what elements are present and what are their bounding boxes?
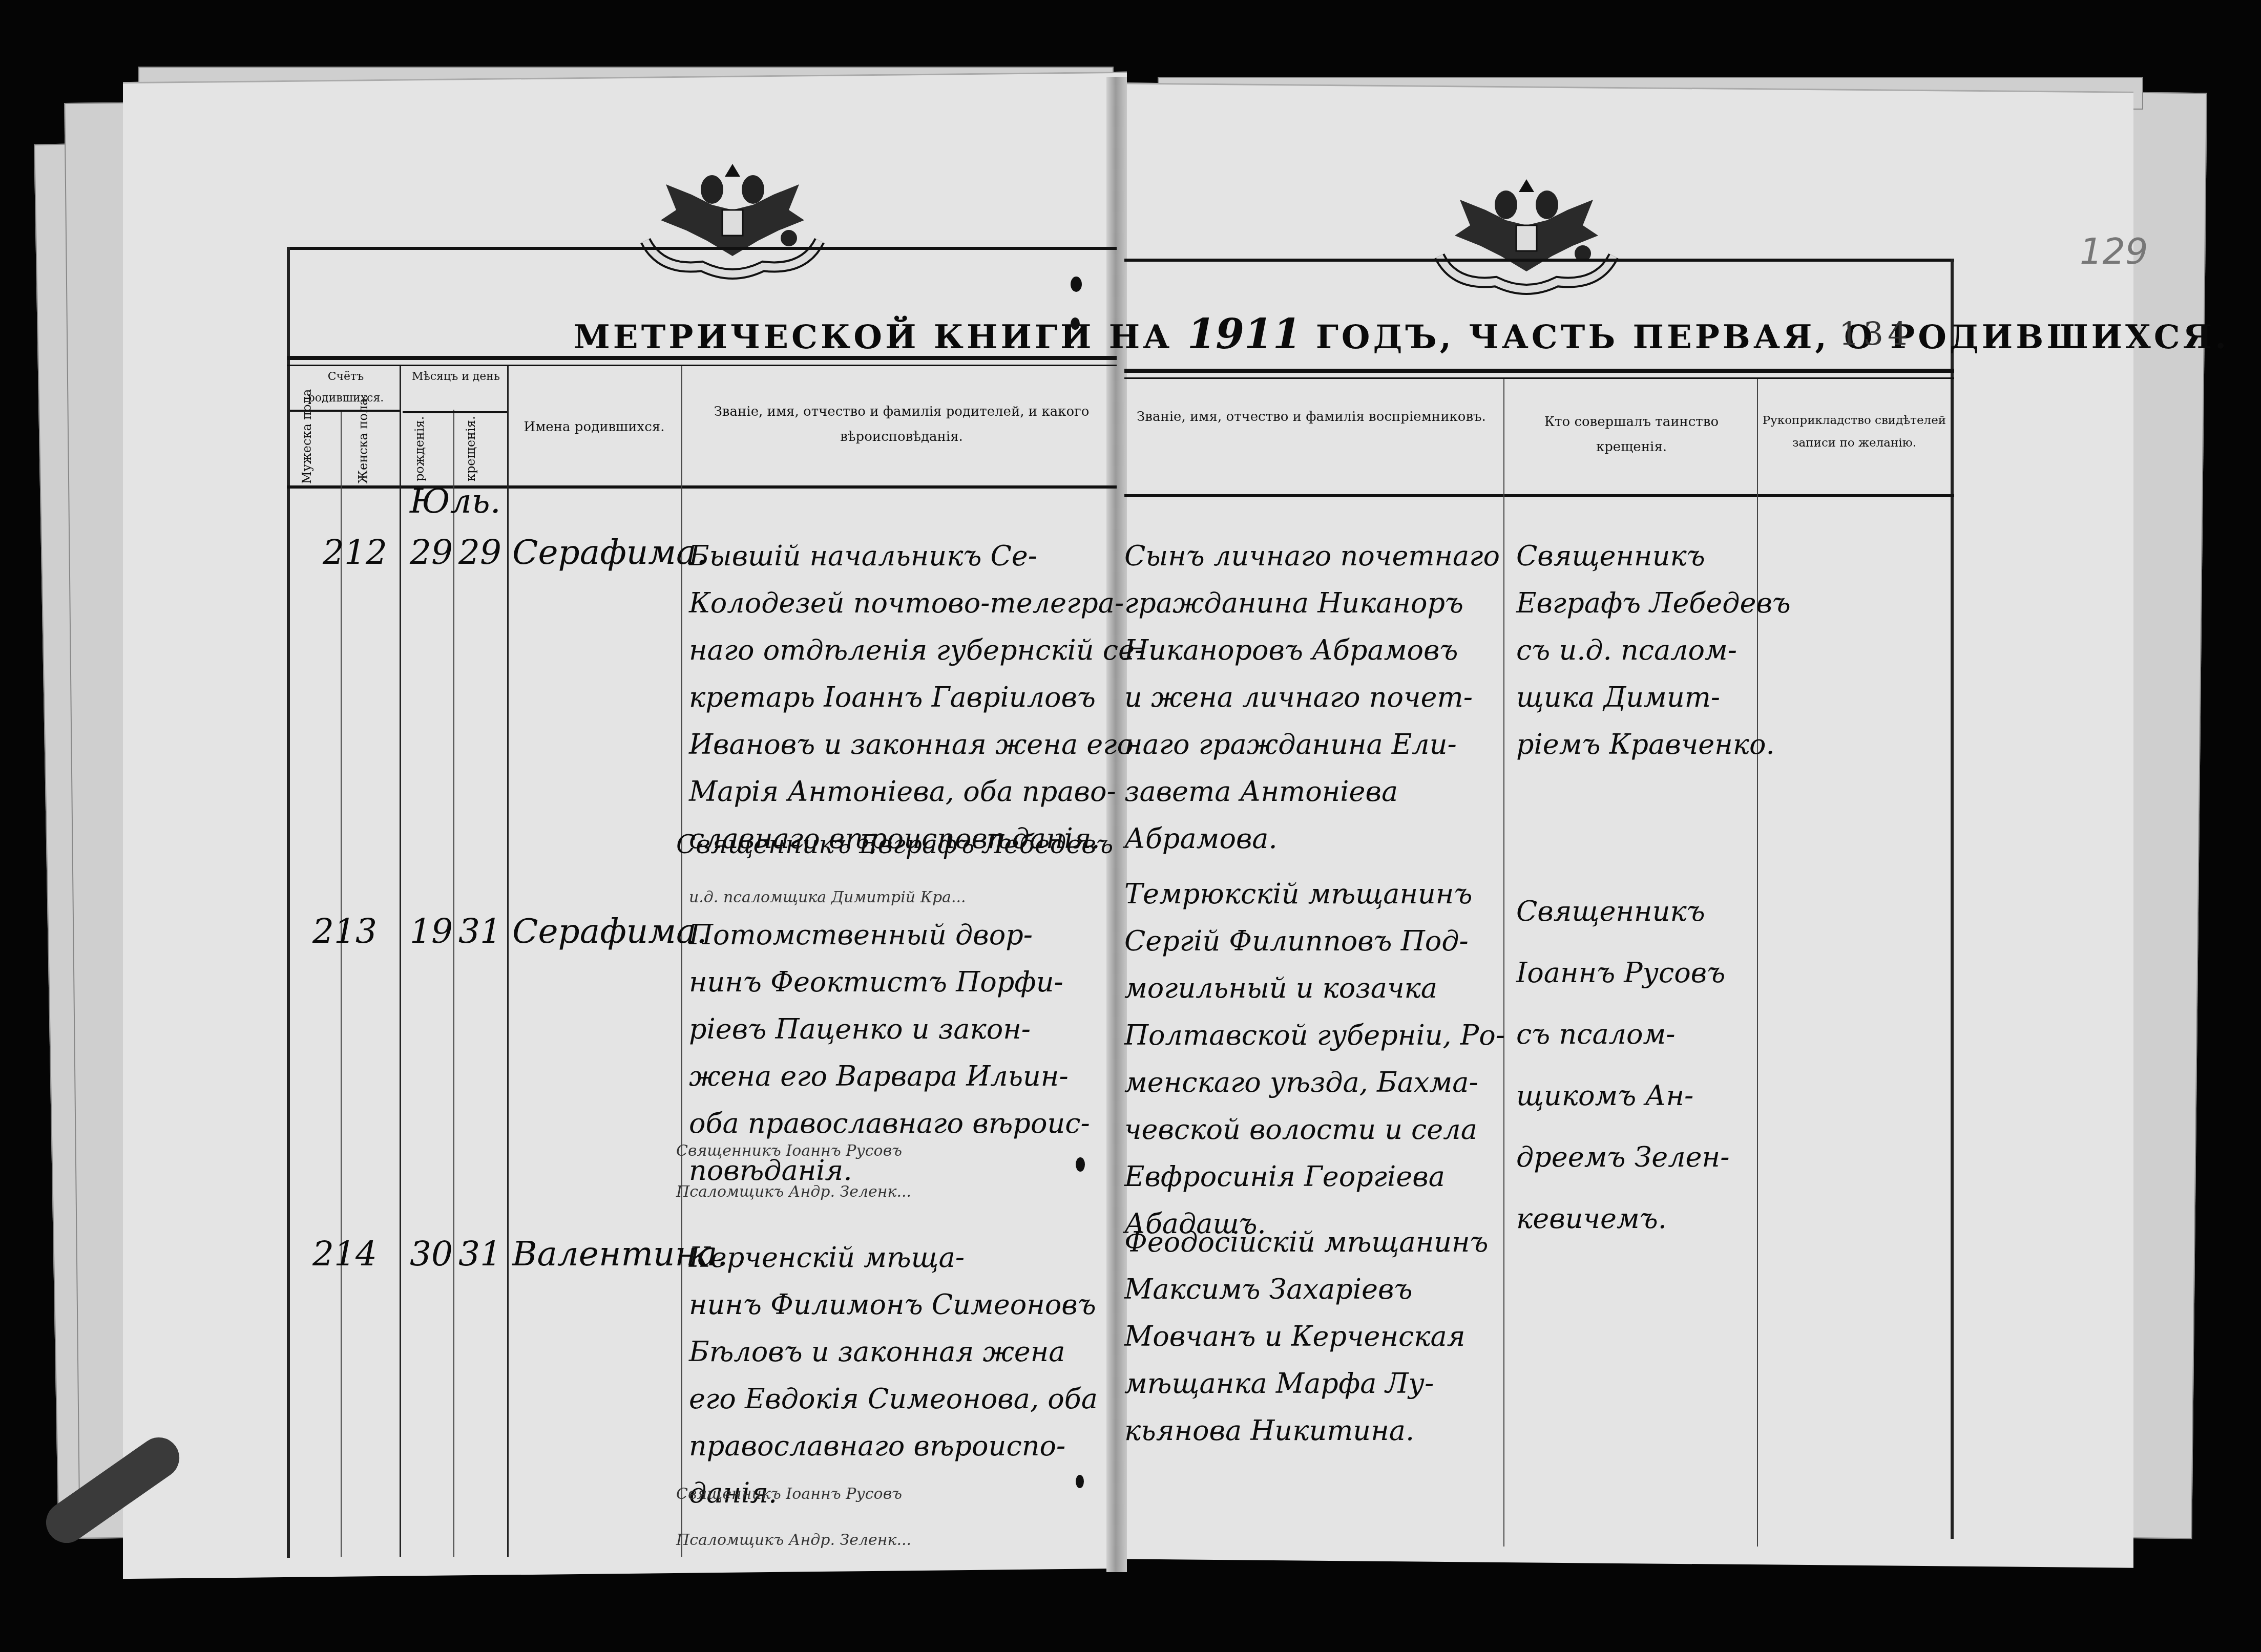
header-date-group: Мѣсяцъ и день [407,366,505,388]
baptism-day: 31 [458,1234,501,1274]
entry-number: 213 [312,912,377,951]
col-line-date-end [507,366,509,1557]
frame-right [1951,259,1954,1539]
header-count-male: Мужеска пола [300,417,314,484]
parents-signature: Священникъ Іоаннъ Русовъ [676,1485,902,1503]
baptism-day: 31 [458,912,501,951]
title-year-handwritten: 1911 [1187,310,1302,358]
page-title: МЕТРИЧЕСКОЙ КНИГИ НА 1911 ГОДЪ, ЧАСТЬ ПЕ… [574,310,2229,358]
child-name: Серафима. [512,533,707,572]
header-rule-right [1124,494,1954,497]
imperial-eagle-emblem-left [630,154,835,287]
header-godparents: Званіе, имя, отчество и фамилія воспріем… [1127,405,1496,430]
entry-number: 212 [323,533,387,572]
parents-note: Псаломщикъ Андр. Зеленк... [676,1183,911,1201]
col-line-count-mid [341,410,342,1557]
performed-by-text: Священникъ Іоаннъ Русовъ съ псалом- щико… [1516,881,1729,1249]
header-performed-by: Кто совершалъ таинство крещенія. [1511,410,1752,460]
parents-note: Псаломщикъ Андр. Зеленк... [676,1531,911,1549]
parents-text: Бывшій начальникъ Се- Колодезей почтово-… [689,533,1144,862]
frame-left [287,247,290,1558]
birth-day: 19 [410,912,453,951]
performed-by-text: Священникъ Евграфъ Лебедевъ съ и.д. псал… [1516,533,1791,768]
binding-hole [1071,317,1080,330]
col-line-date-mid [453,410,454,1557]
imperial-eagle-emblem-right [1424,169,1629,302]
frame-top-left [287,247,1117,250]
header-parents: Званіе, имя, отчество и фамилія родителе… [689,399,1114,450]
title-rule-right-1 [1124,369,1954,373]
parents-signature: Священникъ Іоаннъ Русовъ [676,1142,902,1160]
parents-note: и.д. псаломщика Димитрій Кра... [689,888,966,906]
entry-number: 214 [312,1234,377,1274]
title-rule-left-1 [287,356,1117,360]
title-rule-right-2 [1124,377,1954,379]
col-line-count-end [400,366,401,1557]
baptism-day: 29 [458,533,501,572]
parents-text: Керченскій мѣща- нинъ Филимонъ Симеоновъ… [689,1234,1098,1517]
godparents-text: Сынъ личнаго почетнаго гражданина Никано… [1124,533,1500,862]
parents-signature: Священникъ Евграфъ Лебедевъ [676,830,1113,859]
birth-day: 29 [410,533,453,572]
subheader-rule-date [403,411,507,413]
header-count-female: Женска пола. [356,417,370,484]
godparents-text: Феодосійскій мѣщанинъ Максимъ Захаріевъ … [1124,1219,1489,1454]
birth-day: 30 [410,1234,453,1274]
month-label: Юль. [410,481,501,521]
binding-hole [1071,277,1082,292]
frame-top-right [1124,259,1954,262]
header-names: Имена родившихся. [512,415,676,440]
header-date-baptism: крещенія. [464,425,478,481]
binding-hole [1076,1475,1084,1488]
header-date-birth: рожденія. [412,425,427,481]
header-witness-signatures: Рукоприкладство свидѣтелей записи по жел… [1762,410,1946,454]
godparents-text: Темрюкскій мѣщанинъ Сергій Филипповъ Под… [1124,871,1505,1247]
page-number: 134 [1839,315,1912,352]
child-name: Серафима. [512,912,707,951]
binding-hole [1076,1157,1085,1172]
pencil-folio-number: 129 [2080,230,2148,272]
